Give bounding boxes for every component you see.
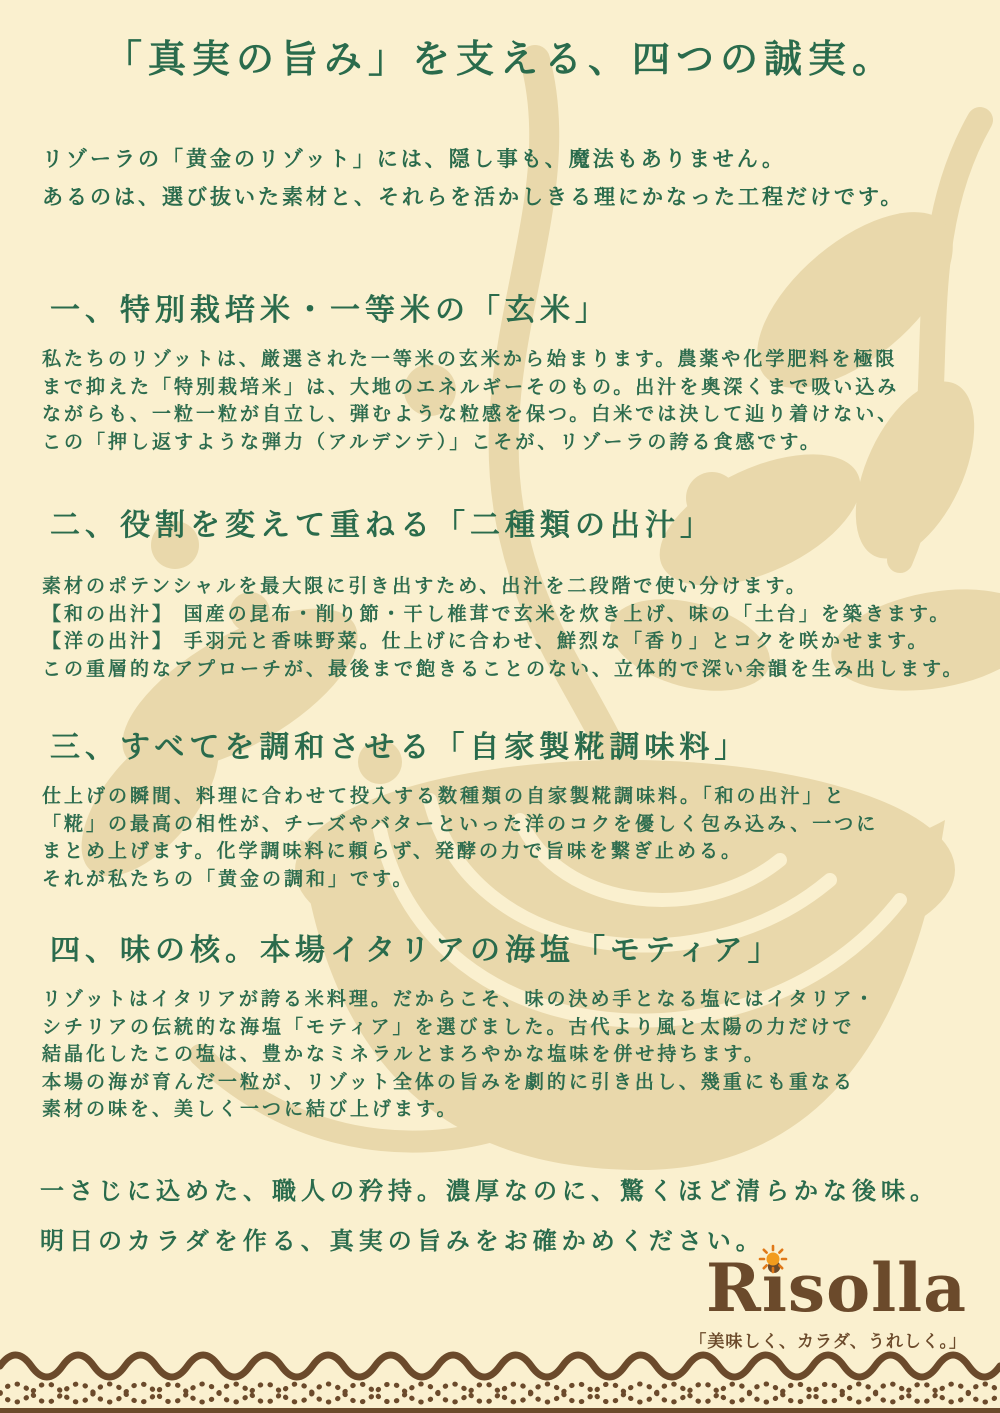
- section-heading: 三、すべてを調和させる「自家製糀調味料」: [50, 727, 878, 769]
- section-body-line: ながらも、一粒一粒が自立し、弾むような粒感を保つ。白米では決して辿り着けない、: [42, 401, 899, 429]
- section-body-line: それが私たちの「黄金の調和」です。: [42, 866, 878, 894]
- section-two-dashi: 二、役割を変えて重ねる「二種類の出汁」 素材のポテンシャルを最大限に引き出すため…: [50, 505, 964, 683]
- section-sea-salt: 四、味の核。本場イタリアの海塩「モティア」 リゾットはイタリアが誇る米料理。だか…: [50, 930, 876, 1124]
- section-body-line: 【洋の出汁】 手羽元と香味野菜。仕上げに合わせ、鮮烈な「香り」とコクを咲かせます…: [42, 628, 964, 656]
- section-body: 素材のポテンシャルを最大限に引き出すため、出汁を二段階で使い分けます。 【和の出…: [42, 573, 964, 683]
- section-body: 私たちのリゾットは、厳選された一等米の玄米から始まります。農薬や化学肥料を極限 …: [42, 346, 899, 456]
- section-heading: 四、味の核。本場イタリアの海塩「モティア」: [50, 930, 876, 972]
- section-body-line: 素材の味を、美しく一つに結び上げます。: [42, 1096, 876, 1124]
- section-body-line: 【和の出汁】 国産の昆布・削り節・干し椎茸で玄米を炊き上げ、味の「土台」を築きま…: [42, 601, 964, 629]
- section-body-line: この重層的なアプローチが、最後まで飽きることのない、立体的で深い余韻を生み出しま…: [42, 656, 964, 684]
- section-body-line: 本場の海が育んだ一粒が、リゾット全体の旨みを劇的に引き出し、幾重にも重なる: [42, 1069, 876, 1097]
- brand-logo: Risolla: [706, 1254, 967, 1323]
- bottom-border-bar: [0, 1408, 1000, 1413]
- section-body-line: リゾットはイタリアが誇る米料理。だからこそ、味の決め手となる塩にはイタリア・: [42, 986, 876, 1014]
- section-body-line: この「押し返すような弾力（アルデンテ）」こそが、リゾーラの誇る食感です。: [42, 429, 899, 457]
- section-body: リゾットはイタリアが誇る米料理。だからこそ、味の決め手となる塩にはイタリア・ シ…: [42, 986, 876, 1124]
- section-body-line: 私たちのリゾットは、厳選された一等米の玄米から始まります。農薬や化学肥料を極限: [42, 346, 899, 374]
- intro-line: あるのは、選び抜いた素材と、それらを活かしきる理にかなった工程だけです。: [42, 178, 904, 216]
- section-body-line: 結晶化したこの塩は、豊かなミネラルとまろやかな塩味を併せ持ちます。: [42, 1041, 876, 1069]
- section-body-line: まとめ上げます。化学調味料に頼らず、発酵の力で旨味を繋ぎ止める。: [42, 838, 878, 866]
- wave-decoration: [0, 1350, 1000, 1413]
- sun-icon: [758, 1244, 788, 1274]
- section-body-line: 「糀」の最高の相性が、チーズやバターといった洋のコクを優しく包み込み、一つに: [42, 811, 878, 839]
- intro-paragraph: リゾーラの「黄金のリゾット」には、隠し事も、魔法もありません。 あるのは、選び抜…: [42, 140, 904, 216]
- section-brown-rice: 一、特別栽培米・一等米の「玄米」 私たちのリゾットは、厳選された一等米の玄米から…: [50, 290, 899, 456]
- solid-wave-line: [0, 1355, 1000, 1377]
- section-body: 仕上げの瞬間、料理に合わせて投入する数種類の自家製糀調味料。「和の出汁」と 「糀…: [42, 783, 878, 893]
- brand-logo-text: Risolla: [706, 1249, 967, 1327]
- section-body-line: シチリアの伝統的な海塩「モティア」を選びました。古代より風と太陽の力だけで: [42, 1014, 876, 1042]
- section-koji-seasoning: 三、すべてを調和させる「自家製糀調味料」 仕上げの瞬間、料理に合わせて投入する数…: [50, 727, 878, 893]
- brand-tagline: 「美味しく、カラダ、うれしく。」: [689, 1327, 967, 1352]
- section-body-line: 素材のポテンシャルを最大限に引き出すため、出汁を二段階で使い分けます。: [42, 573, 964, 601]
- flyer-page: 「真実の旨み」を支える、四つの誠実。 リゾーラの「黄金のリゾット」には、隠し事も…: [0, 0, 1000, 1413]
- page-title: 「真実の旨み」を支える、四つの誠実。: [0, 28, 1000, 83]
- brand-block: Risolla 「美味しく、カラダ、うれしく。」: [689, 1254, 967, 1352]
- section-body-line: 仕上げの瞬間、料理に合わせて投入する数種類の自家製糀調味料。「和の出汁」と: [42, 783, 878, 811]
- section-heading: 一、特別栽培米・一等米の「玄米」: [50, 290, 899, 332]
- closing-line: 一さじに込めた、職人の矜持。濃厚なのに、驚くほど清らかな後味。: [40, 1166, 939, 1216]
- intro-line: リゾーラの「黄金のリゾット」には、隠し事も、魔法もありません。: [42, 140, 904, 178]
- section-body-line: まで抑えた「特別栽培米」は、大地のエネルギーそのもの。出汁を奥深くまで吸い込み: [42, 374, 899, 402]
- section-heading: 二、役割を変えて重ねる「二種類の出汁」: [50, 505, 964, 547]
